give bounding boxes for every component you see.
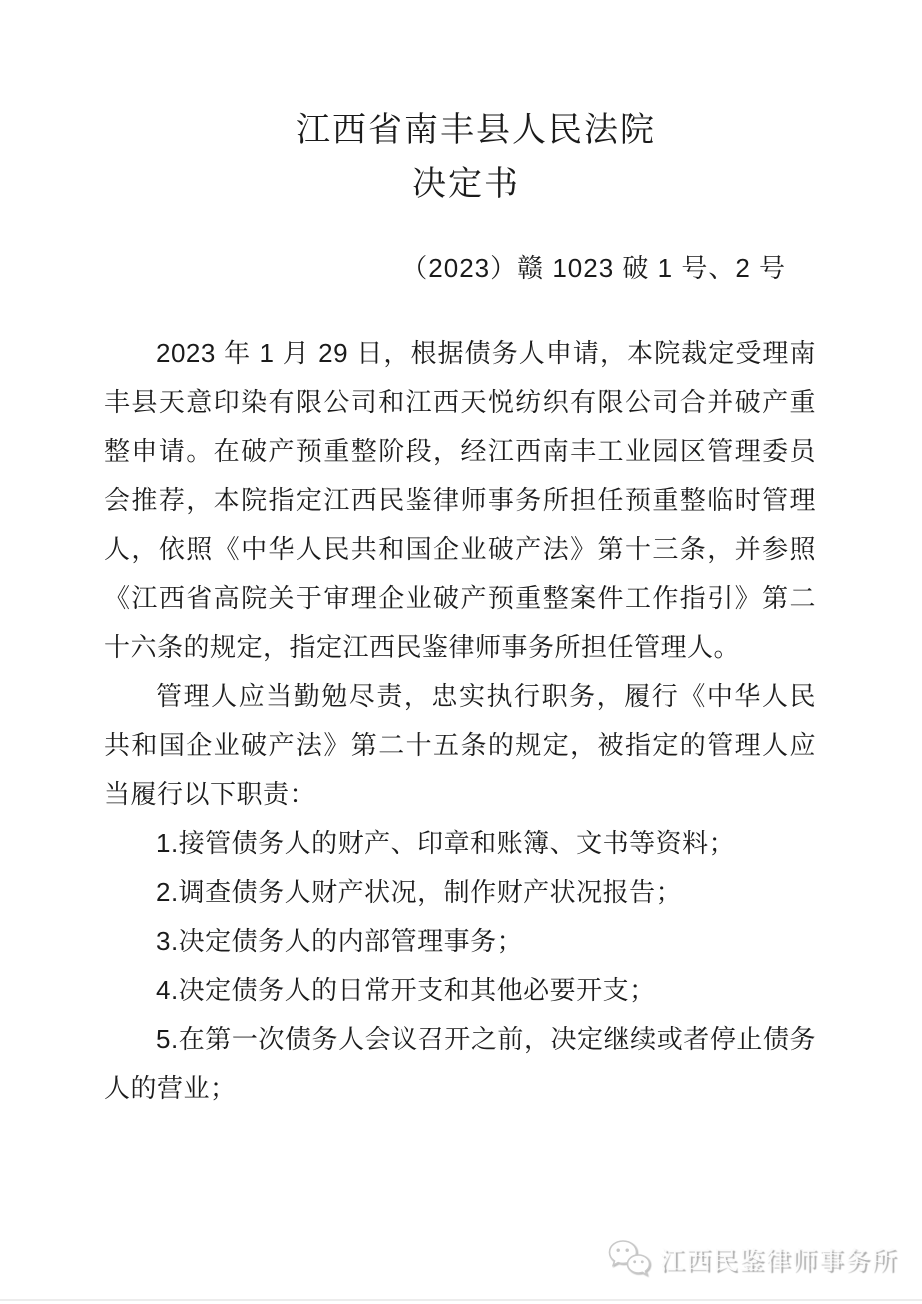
court-name-title: 江西省南丰县人民法院 xyxy=(0,104,922,156)
body-paragraph: 管理人应当勤勉尽责，忠实执行职务，履行《中华人民共和国企业破产法》第二十五条的规… xyxy=(104,672,816,819)
bottom-divider xyxy=(0,1299,922,1301)
case-number: （2023）赣 1023 破 1 号、2 号 xyxy=(401,248,786,288)
duty-item: 4.决定债务人的日常开支和其他必要开支； xyxy=(104,966,816,1015)
document-type-title: 决定书 xyxy=(0,158,922,210)
duty-item: 2.调查债务人财产状况，制作财产状况报告； xyxy=(104,868,816,917)
watermark: 江西民鉴律师事务所 xyxy=(606,1238,898,1280)
wechat-logo-icon xyxy=(606,1238,652,1280)
duty-item: 5.在第一次债务人会议召开之前，决定继续或者停止债务人的营业； xyxy=(104,1015,816,1113)
duty-item: 1.接管债务人的财产、印章和账簿、文书等资料； xyxy=(104,819,816,868)
duty-item: 3.决定债务人的内部管理事务； xyxy=(104,917,816,966)
court-decision-page: 江西省南丰县人民法院 决定书 （2023）赣 1023 破 1 号、2 号 20… xyxy=(0,0,922,1304)
body-paragraph: 2023 年 1 月 29 日，根据债务人申请，本院裁定受理南丰县天意印染有限公… xyxy=(104,329,816,672)
document-body: 2023 年 1 月 29 日，根据债务人申请，本院裁定受理南丰县天意印染有限公… xyxy=(104,329,816,1113)
watermark-label: 江西民鉴律师事务所 xyxy=(659,1241,898,1277)
